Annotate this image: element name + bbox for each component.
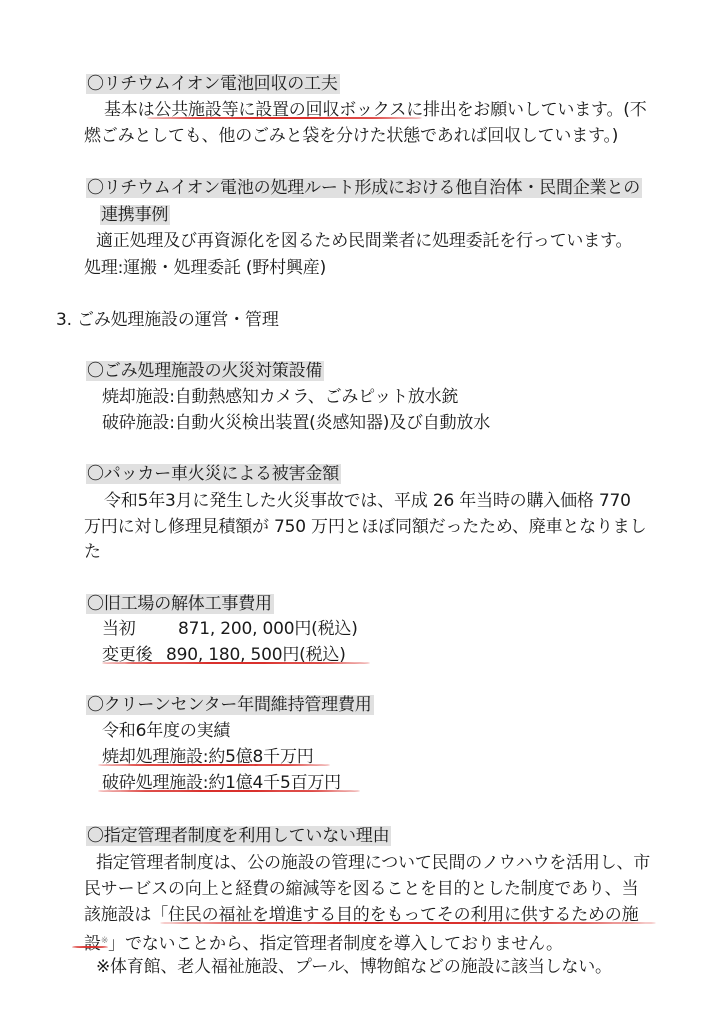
section-heading-maintenance: 〇クリーンセンター年間維持管理費用 (86, 693, 374, 717)
lithium-route-body-line2: 処理:運搬・処理委託 (野村興産) (84, 256, 326, 280)
packer-fire-body-line3: た (84, 540, 101, 564)
designated-manager-body-line4: 設※」でないことから、指定管理者制度を導入しておりません。 (84, 929, 563, 956)
demolition-row-label: 当初 (102, 617, 166, 641)
red-underline-annotation (147, 117, 422, 119)
red-underline-annotation (72, 946, 108, 948)
designated-manager-footnote: ※体育館、老人福祉施設、プール、博物館などの施設に該当しない。 (96, 955, 612, 979)
fire-equipment-item: 破砕施設:自動火災検出装置(炎感知器)及び自動放水 (102, 411, 490, 435)
designated-manager-body-line2: 民サービスの向上と経費の縮減等を図ることを目的とした制度であり、当 (84, 877, 638, 901)
lithium-route-body-line1: 適正処理及び再資源化を図るため民間業者に処理委託を行っています。 (96, 229, 632, 253)
section-heading-packer-fire: 〇パッカー車火災による被害金額 (86, 462, 341, 486)
chapter-title: 3. ごみ処理施設の運営・管理 (56, 308, 279, 332)
red-underline-annotation (98, 790, 360, 792)
section-heading-designated-manager: 〇指定管理者制度を利用していない理由 (86, 824, 391, 848)
section-heading-lithium-route: 〇リチウムイオン電池の処理ルート形成における他自治体・民間企業との (86, 176, 642, 200)
demolition-row-value: 871, 200, 000円(税込) (166, 619, 358, 639)
packer-fire-body-line2: 万円に対し修理見積額が 750 万円とほぼ同額だったため、廃車となりまし (84, 515, 646, 539)
maintenance-subheading: 令和6年度の実績 (102, 719, 230, 743)
red-underline-annotation (98, 764, 330, 766)
section-heading-fire-equipment: 〇ごみ処理施設の火災対策設備 (86, 359, 324, 383)
section-heading-demolition: 〇旧工場の解体工事費用 (86, 592, 274, 616)
demolition-row-initial: 当初871, 200, 000円(税込) (102, 617, 358, 641)
red-underline-annotation (102, 662, 370, 664)
packer-fire-body-line1: 令和5年3月に発生した火災事故では、平成 26 年当時の購入価格 770 (104, 489, 631, 513)
lithium-collection-body-line2: 燃ごみとしても、他のごみと袋を分けた状態であれば回収しています。) (84, 124, 618, 148)
designated-manager-body-line1: 指定管理者制度は、公の施設の管理について民間のノウハウを活用し、市 (96, 851, 650, 875)
section-heading-lithium-route-cont: 連携事例 (100, 203, 170, 227)
red-underline-annotation (160, 922, 656, 924)
section-heading-lithium-collection: 〇リチウムイオン電池回収の工夫 (86, 72, 340, 96)
fire-equipment-item: 焼却施設:自動熱感知カメラ、ごみピット放水銃 (102, 385, 458, 409)
